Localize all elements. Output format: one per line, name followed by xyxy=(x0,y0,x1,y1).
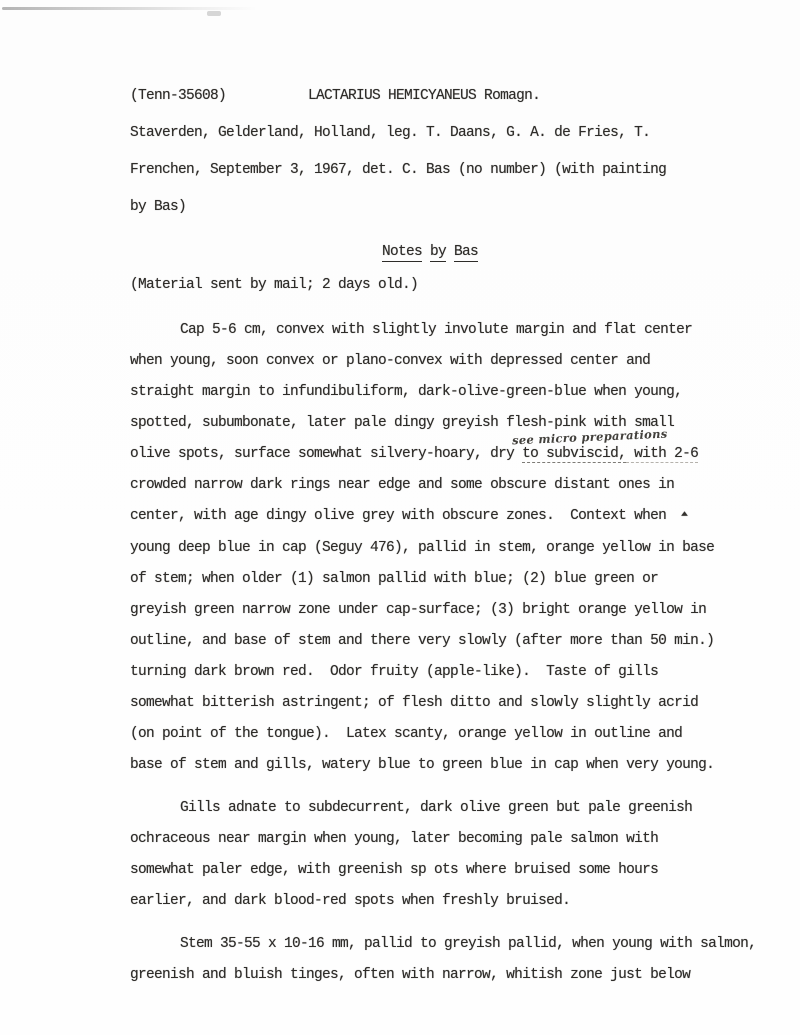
header-date-line: Frenchen, September 3, 1967, det. C. Bas… xyxy=(130,152,730,189)
body-line: crowded narrow dark rings near edge and … xyxy=(130,470,730,501)
annotated-phrase: see micro preparationsto subviscid, xyxy=(522,446,626,463)
body-line: somewhat paler edge, with greenish sp ot… xyxy=(130,855,730,886)
body-line: of stem; when older (1) salmon pallid wi… xyxy=(130,564,730,595)
context-line-text: center, with age dingy olive grey with o… xyxy=(130,508,666,524)
body-line: ochraceous near margin when young, later… xyxy=(130,824,730,855)
body-line: straight margin to infundibuliform, dark… xyxy=(130,377,730,408)
body-line: (on point of the tongue). Latex scanty, … xyxy=(130,719,730,750)
page-content: (Tenn-35608) LACTARIUS HEMICYANEUS Romag… xyxy=(130,78,730,991)
header-title-line: (Tenn-35608) LACTARIUS HEMICYANEUS Romag… xyxy=(130,78,730,115)
body-line: somewhat bitterish astringent; of flesh … xyxy=(130,688,730,719)
annotated-line-pre: olive spots, surface somewhat silvery-ho… xyxy=(130,446,522,462)
scan-smudge-artifact xyxy=(2,7,257,10)
body-line: when young, soon convex or plano-convex … xyxy=(130,346,730,377)
body-line: Stem 35-55 x 10-16 mm, pallid to greyish… xyxy=(130,929,730,960)
body-line: Gills adnate to subdecurrent, dark olive… xyxy=(130,793,730,824)
body-line: young deep blue in cap (Seguy 476), pall… xyxy=(130,533,730,564)
notes-heading-word: by xyxy=(430,244,446,262)
body-line: outline, and base of stem and there very… xyxy=(130,626,730,657)
body-line: greenish and bluish tinges, often with n… xyxy=(130,960,730,991)
body-line-annotated: olive spots, surface somewhat silvery-ho… xyxy=(130,439,730,470)
body-line: greyish green narrow zone under cap-surf… xyxy=(130,595,730,626)
material-note: (Material sent by mail; 2 days old.) xyxy=(130,269,730,302)
notes-heading: NotesbyBas xyxy=(130,235,730,269)
notes-heading-word: Bas xyxy=(454,244,478,262)
paragraph-cap: Cap 5-6 cm, convex with slightly involut… xyxy=(130,315,730,781)
paragraph-gills: Gills adnate to subdecurrent, dark olive… xyxy=(130,793,730,917)
body-line: Cap 5-6 cm, convex with slightly involut… xyxy=(130,315,730,346)
collection-number: (Tenn-35608) xyxy=(130,78,226,115)
scanned-typescript-page: (Tenn-35608) LACTARIUS HEMICYANEUS Romag… xyxy=(0,0,800,1035)
header-collector-line: Staverden, Gelderland, Holland, leg. T. … xyxy=(130,115,730,152)
paragraph-stem: Stem 35-55 x 10-16 mm, pallid to greyish… xyxy=(130,929,730,991)
body-line: earlier, and dark blood-red spots when f… xyxy=(130,886,730,917)
ink-mark: ▲ xyxy=(681,499,687,530)
species-title: LACTARIUS HEMICYANEUS Romagn. xyxy=(308,78,540,115)
body-line: turning dark brown red. Odor fruity (app… xyxy=(130,657,730,688)
header-painting-line: by Bas) xyxy=(130,189,730,226)
body-line: base of stem and gills, watery blue to g… xyxy=(130,750,730,781)
body-line-context: center, with age dingy olive grey with o… xyxy=(130,501,730,533)
notes-heading-word: Notes xyxy=(382,244,422,262)
